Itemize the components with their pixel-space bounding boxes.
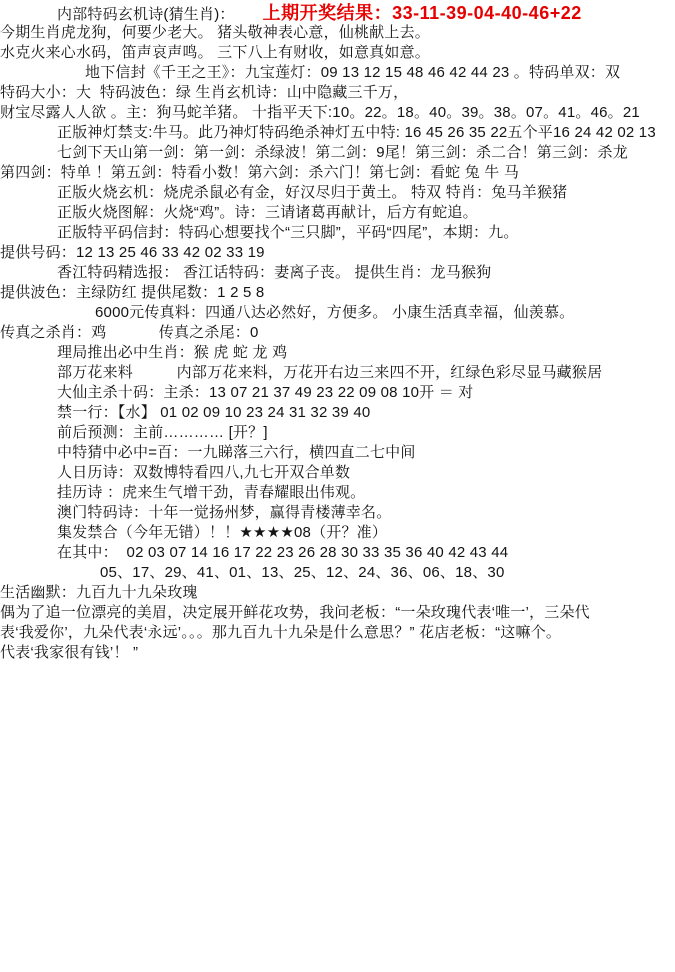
text-segment: 财宝尽露人人欲 。主：狗马蛇羊猪。 十指平天下:10。22。18。40。39。3… [0,104,640,121]
text-segment: 代表‘我家很有钱’！ ” [0,644,138,661]
text-line: 正版火烧玄机：烧虎杀鼠必有金，好汉尽归于黄土。 特双 特肖：兔马羊猴猪 [0,183,675,203]
text-line: 澳门特码诗：十年一觉扬州梦，赢得青楼薄幸名。 [0,503,675,523]
text-segment: 第四剑：特单 ！第五剑：特看小数！第六剑：杀六门！第七剑：看蛇 兔 牛 马 [0,164,519,181]
text-segment: 正版特平码信封：特码心想要找个“三只脚”，平码“四尾”，本期：九。 [57,224,519,241]
text-line: 前后预测：主前………… [开？] [0,423,675,443]
text-segment: 偶为了追一位漂亮的美眉，决定展开鲜花攻势，我问老板：“一朵玫瑰代表‘唯一’，三朵… [0,604,590,621]
text-segment: 大仙主杀十码：主杀：13 07 21 37 49 23 22 09 08 10开… [57,384,474,401]
content-lines: 内部特码玄机诗(猜生肖)：上期开奖结果：33-11-39-04-40-46+22… [0,0,675,663]
text-line: 提供号码：12 13 25 46 33 42 02 33 19 [0,243,675,263]
text-line: 第四剑：特单 ！第五剑：特看小数！第六剑：杀六门！第七剑：看蛇 兔 牛 马 [0,163,675,183]
text-segment: 地下信封《千王之王》：九宝莲灯：09 13 12 15 48 46 42 44 … [85,64,620,81]
text-segment: 提供波色：主绿防红 提供尾数：1 2 5 8 [0,284,264,301]
text-line: 传真之杀肖：鸡 传真之杀尾：0 [0,323,675,343]
text-segment: 禁一行：【水】 01 02 09 10 23 24 31 32 39 40 [57,404,370,421]
text-line: 特码大小：大 特码波色：绿 生肖玄机诗：山中隐藏三千万， [0,83,675,103]
text-line: 集发禁合（今年无错）！！★★★★08（开？准） [0,523,675,543]
text-segment: 水克火来心水码，笛声哀声鸣。 三下八上有财收，如意真如意。 [0,44,430,61]
text-segment: 正版火烧玄机：烧虎杀鼠必有金，好汉尽归于黄土。 特双 特肖：兔马羊猴猪 [57,184,567,201]
text-line: 理局推出必中生肖：猴 虎 蛇 龙 鸡 [0,343,675,363]
text-line: 偶为了追一位漂亮的美眉，决定展开鲜花攻势，我问老板：“一朵玫瑰代表‘唯一’，三朵… [0,603,675,623]
text-line: 正版火烧图解：火烧“鸡”。诗：三请诸葛再献计，后方有蛇追。 [0,203,675,223]
text-segment: 05、17、29、41、01、13、25、12、24、36、06、18、30 [100,564,505,581]
text-segment: 澳门特码诗：十年一觉扬州梦，赢得青楼薄幸名。 [57,504,391,521]
text-segment: 前后预测：主前………… [开？] [57,424,268,441]
text-segment: 集发禁合（今年无错）！！★★★★08（开？准） [57,524,387,541]
lottery-tip-sheet: 内部特码玄机诗(猜生肖)：上期开奖结果：33-11-39-04-40-46+22… [0,0,675,972]
text-line: 香江特码精选报： 香江话特码：妻离子丧。 提供生肖：龙马猴狗 [0,263,675,283]
text-segment: 人日历诗：双数博特看四八,九七开双合单数 [57,464,350,481]
text-segment: 表‘我爱你’，九朵代表‘永远’。。。那九百九十九朵是什么意思？” 花店老板：“这… [0,624,561,641]
text-line: 在其中： 02 03 07 14 16 17 22 23 26 28 30 33… [0,543,675,563]
text-segment: 6000元传真料：四通八达必然好，方便多。 小康生活真幸福，仙羡慕。 [95,304,574,321]
text-segment: 理局推出必中生肖：猴 虎 蛇 龙 鸡 [57,344,287,361]
text-line: 人日历诗：双数博特看四八,九七开双合单数 [0,463,675,483]
text-segment: 生活幽默：九百九十九朵玫瑰 [0,584,198,601]
text-segment: 特码大小：大 特码波色：绿 生肖玄机诗：山中隐藏三千万， [0,84,408,101]
text-line: 正版特平码信封：特码心想要找个“三只脚”，平码“四尾”，本期：九。 [0,223,675,243]
text-line: 生活幽默：九百九十九朵玫瑰 [0,583,675,603]
text-segment: 中特猜中必中=百：一九睇落三六行，横四直二七中间 [57,444,416,461]
text-segment: 提供号码：12 13 25 46 33 42 02 33 19 [0,244,265,261]
sheet-title: 内部特码玄机诗(猜生肖)： [57,6,235,23]
text-line: 6000元传真料：四通八达必然好，方便多。 小康生活真幸福，仙羡慕。 [0,303,675,323]
text-line: 中特猜中必中=百：一九睇落三六行，横四直二七中间 [0,443,675,463]
text-line: 内部特码玄机诗(猜生肖)：上期开奖结果：33-11-39-04-40-46+22 [0,3,675,23]
text-line: 提供波色：主绿防红 提供尾数：1 2 5 8 [0,283,675,303]
text-line: 表‘我爱你’，九朵代表‘永远’。。。那九百九十九朵是什么意思？” 花店老板：“这… [0,623,675,643]
last-draw-result: 上期开奖结果：33-11-39-04-40-46+22 [263,3,582,23]
text-line: 05、17、29、41、01、13、25、12、24、36、06、18、30 [0,563,675,583]
text-line: 挂历诗 ：虎来生气增干劲，青春耀眼出伟观。 [0,483,675,503]
text-line: 地下信封《千王之王》：九宝莲灯：09 13 12 15 48 46 42 44 … [0,63,675,83]
text-segment: 部万花来料 内部万花来料，万花开右边三来四不开，红绿色彩尽显马藏猴居 [57,364,602,381]
text-segment: 今期生肖虎龙狗，何要少老大。 猪头敬神表心意，仙桃献上去。 [0,24,430,41]
text-segment: 在其中： 02 03 07 14 16 17 22 23 26 28 30 33… [57,544,508,561]
text-line: 部万花来料 内部万花来料，万花开右边三来四不开，红绿色彩尽显马藏猴居 [0,363,675,383]
text-line: 大仙主杀十码：主杀：13 07 21 37 49 23 22 09 08 10开… [0,383,675,403]
text-segment: 挂历诗 ：虎来生气增干劲，青春耀眼出伟观。 [57,484,365,501]
text-line: 正版神灯禁支:牛马。此乃神灯特码绝杀神灯五中特: 16 45 26 35 22五… [0,123,675,143]
text-line: 水克火来心水码，笛声哀声鸣。 三下八上有财收，如意真如意。 [0,43,675,63]
text-segment: 传真之杀肖：鸡 传真之杀尾：0 [0,324,259,341]
text-segment: 香江特码精选报： 香江话特码：妻离子丧。 提供生肖：龙马猴狗 [57,264,491,281]
text-segment: 七剑下天山第一剑：第一剑：杀绿波！第二剑：9尾！第三剑：杀二合！第三剑：杀龙 [57,144,628,161]
text-segment: 正版火烧图解：火烧“鸡”。诗：三请诸葛再献计，后方有蛇追。 [57,204,478,221]
text-line: 七剑下天山第一剑：第一剑：杀绿波！第二剑：9尾！第三剑：杀二合！第三剑：杀龙 [0,143,675,163]
text-line: 代表‘我家很有钱’！ ” [0,643,675,663]
text-segment: 正版神灯禁支:牛马。此乃神灯特码绝杀神灯五中特: 16 45 26 35 22五… [57,124,656,141]
text-line: 今期生肖虎龙狗，何要少老大。 猪头敬神表心意，仙桃献上去。 [0,23,675,43]
text-line: 财宝尽露人人欲 。主：狗马蛇羊猪。 十指平天下:10。22。18。40。39。3… [0,103,675,123]
text-line: 禁一行：【水】 01 02 09 10 23 24 31 32 39 40 [0,403,675,423]
